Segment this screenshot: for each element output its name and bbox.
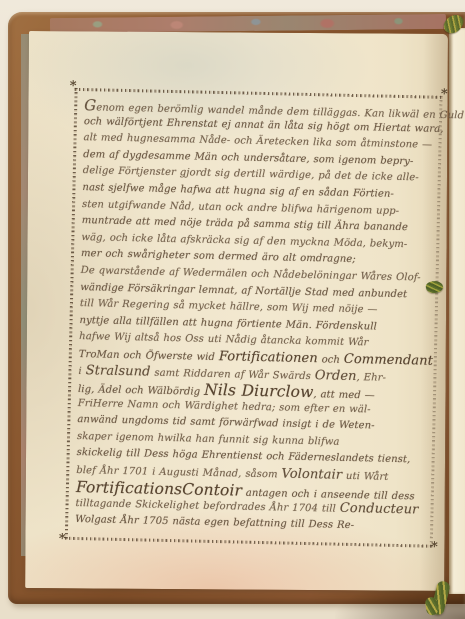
line-text: , att med — <box>313 389 375 401</box>
line-text: , Ehr- <box>356 372 386 384</box>
line-text: tilltagande Skickelighet befordrades Åhr… <box>75 498 339 515</box>
line-text: FriHerre Namn och Wärdighet hedra; som e… <box>78 398 371 415</box>
line-text: till Wår Regering så mycket hällre, som … <box>80 298 378 315</box>
border-corner-ornament-icon: * <box>59 533 66 546</box>
photograph-of-manuscript: * * * * Genom egen berömlig wandel månde… <box>0 0 465 619</box>
line-text: och <box>318 354 344 366</box>
emphasized-word: Commendant <box>344 352 433 369</box>
emphasized-word: Conducteur <box>340 501 419 518</box>
emphasized-word: Fortificationen <box>219 349 318 366</box>
border-corner-ornament-icon: * <box>431 541 438 554</box>
border-corner-ornament-icon: * <box>441 88 448 101</box>
emphasized-word: Stralsund <box>86 363 151 379</box>
line-text: hafwe Wij altså hos Oss uti Nådig åtanck… <box>79 331 368 348</box>
emphasized-word: Volontair <box>281 467 342 483</box>
border-corner-ornament-icon: * <box>70 80 77 93</box>
line-text: uti Wårt <box>342 471 389 483</box>
line-text: TroMan och Öfwerste wid <box>79 349 219 363</box>
manuscript-text-block: Genom egen berömlig wandel månde dem til… <box>75 97 438 544</box>
ink-chain-border: * * * * Genom egen berömlig wandel månde… <box>65 88 443 548</box>
parchment-page: * * * * Genom egen berömlig wandel månde… <box>25 31 448 591</box>
line-text: skaper igenom hwilka han funnit sig kunn… <box>77 431 340 448</box>
line-text: samt Riddaren af Wår Swärds <box>150 367 315 382</box>
line-text: blef Åhr 1701 i Augusti Månad, såsom <box>76 465 281 480</box>
emphasized-word: Orden <box>315 368 357 384</box>
